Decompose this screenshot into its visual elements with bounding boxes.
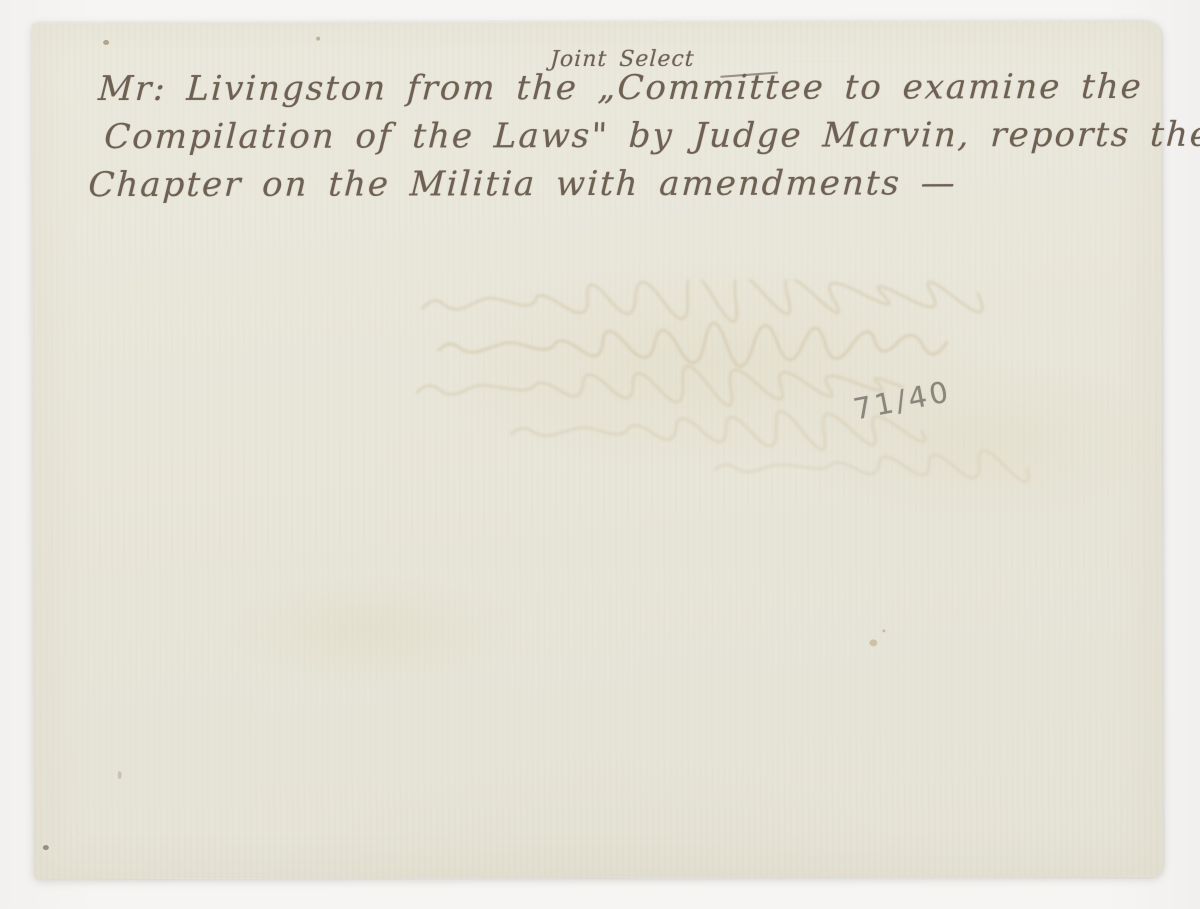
handwriting-line-2: Compilation of the Laws" by Judge Marvin… bbox=[103, 115, 1200, 157]
paper-speck bbox=[43, 845, 49, 850]
ink-bleedthrough bbox=[415, 279, 1121, 494]
interlinear-insertion: Joint Select bbox=[550, 47, 696, 72]
scan-background: Mr: Livingston from the „Committee to ex… bbox=[0, 0, 1200, 909]
paper-speck bbox=[882, 629, 885, 632]
paper-speck bbox=[103, 40, 109, 45]
manuscript-page: Mr: Livingston from the „Committee to ex… bbox=[32, 21, 1163, 879]
handwriting-line-3: Chapter on the Militia with amendments — bbox=[87, 163, 957, 205]
paper-speck bbox=[869, 639, 877, 646]
paper-speck bbox=[316, 37, 320, 41]
paper-speck bbox=[118, 771, 122, 779]
handwriting-line-1: Mr: Livingston from the „Committee to ex… bbox=[97, 67, 1144, 109]
